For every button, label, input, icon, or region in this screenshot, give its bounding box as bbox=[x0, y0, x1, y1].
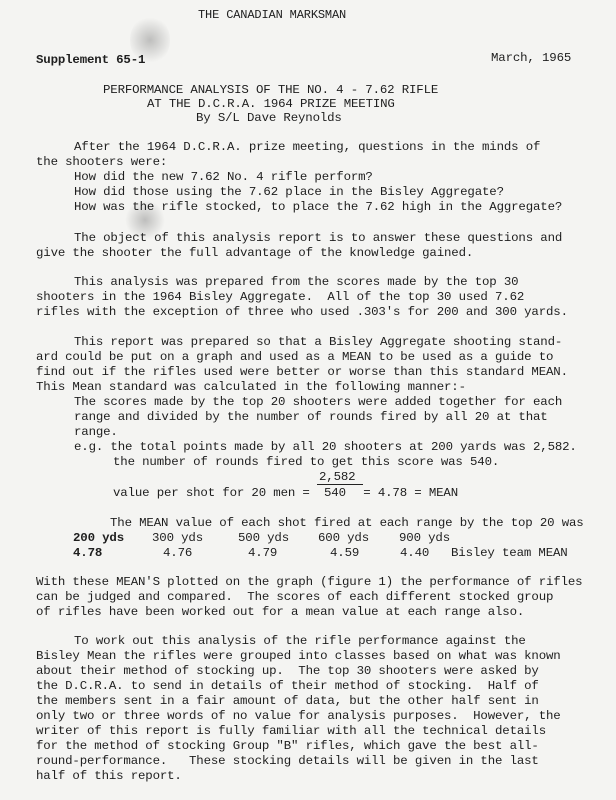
graph-line: of rifles have been worked out for a mea… bbox=[36, 605, 524, 619]
mean-label: Bisley team MEAN bbox=[451, 546, 568, 560]
report-line: range and divided by the number of round… bbox=[74, 410, 548, 424]
formula-result: = 4.78 = MEAN bbox=[356, 486, 458, 500]
work-line: half of this report. bbox=[36, 769, 182, 783]
mean-200: 4.78 bbox=[73, 546, 102, 560]
report-line: The scores made by the top 20 shooters w… bbox=[74, 395, 562, 409]
work-line: To work out this analysis of the rifle p… bbox=[74, 634, 526, 648]
work-line: for the method of stocking Group "B" rif… bbox=[36, 739, 539, 753]
intro-line: After the 1964 D.C.R.A. prize meeting, q… bbox=[74, 140, 540, 154]
document-subtitle: AT THE D.C.R.A. 1964 PRIZE MEETING bbox=[147, 97, 395, 111]
fraction-bar bbox=[317, 484, 363, 485]
work-line: only two or three words of no value for … bbox=[36, 709, 561, 723]
publication-name: THE CANADIAN MARKSMAN bbox=[198, 8, 346, 22]
work-line: Bisley Mean the rifles were grouped into… bbox=[36, 649, 561, 663]
report-line: ard could be put on a graph and used as … bbox=[36, 350, 553, 364]
question-3: How was the rifle stocked, to place the … bbox=[74, 200, 562, 214]
range-200: 200 yds bbox=[73, 531, 124, 545]
mean-500: 4.79 bbox=[248, 546, 277, 560]
example-line: e.g. the total points made by all 20 sho… bbox=[74, 440, 577, 454]
range-500: 500 yds bbox=[238, 531, 289, 545]
range-900: 900 yds bbox=[399, 531, 450, 545]
supplement-number: Supplement 65-1 bbox=[36, 53, 145, 67]
byline: By S/L Dave Reynolds bbox=[196, 111, 342, 125]
work-line: the members sent in a fair amount of dat… bbox=[36, 694, 539, 708]
analysis-line: shooters in the 1964 Bisley Aggregate. A… bbox=[36, 290, 524, 304]
mean-300: 4.76 bbox=[163, 546, 192, 560]
graph-line: can be judged and compared. The scores o… bbox=[36, 590, 553, 604]
analysis-line: This analysis was prepared from the scor… bbox=[74, 275, 518, 289]
intro-line: the shooters were: bbox=[36, 155, 167, 169]
report-line: find out if the rifles used were better … bbox=[36, 365, 568, 379]
work-line: writer of this report is fully familiar … bbox=[36, 724, 546, 738]
question-1: How did the new 7.62 No. 4 rifle perform… bbox=[74, 170, 373, 184]
range-600: 600 yds bbox=[318, 531, 369, 545]
work-line: about their method of stocking up. The t… bbox=[36, 664, 539, 678]
document-title: PERFORMANCE ANALYSIS OF THE NO. 4 - 7.62… bbox=[103, 83, 438, 97]
mean-600: 4.59 bbox=[330, 546, 359, 560]
report-line: This report was prepared so that a Bisle… bbox=[74, 335, 562, 349]
question-2: How did those using the 7.62 place in th… bbox=[74, 185, 504, 199]
example-line: the number of rounds fired to get this s… bbox=[113, 455, 499, 469]
object-line: The object of this analysis report is to… bbox=[74, 231, 562, 245]
range-300: 300 yds bbox=[152, 531, 203, 545]
mean-900: 4.40 bbox=[400, 546, 429, 560]
report-line: This Mean standard was calculated in the… bbox=[36, 380, 466, 394]
formula-left: value per shot for 20 men = bbox=[113, 486, 317, 500]
work-line: round-performance. These stocking detail… bbox=[36, 754, 539, 768]
report-line: range. bbox=[74, 425, 118, 439]
formula-denominator: 540 bbox=[324, 486, 346, 500]
formula-numerator: 2,582 bbox=[319, 470, 355, 484]
document-page: THE CANADIAN MARKSMAN Supplement 65-1 Ma… bbox=[0, 0, 616, 800]
object-line: give the shooter the full advantage of t… bbox=[36, 246, 473, 260]
graph-line: With these MEAN'S plotted on the graph (… bbox=[36, 575, 582, 589]
analysis-line: rifles with the exception of three who u… bbox=[36, 305, 568, 319]
work-line: the D.C.R.A. to send in details of their… bbox=[36, 679, 539, 693]
mean-intro: The MEAN value of each shot fired at eac… bbox=[110, 516, 584, 530]
document-date: March, 1965 bbox=[491, 51, 571, 65]
